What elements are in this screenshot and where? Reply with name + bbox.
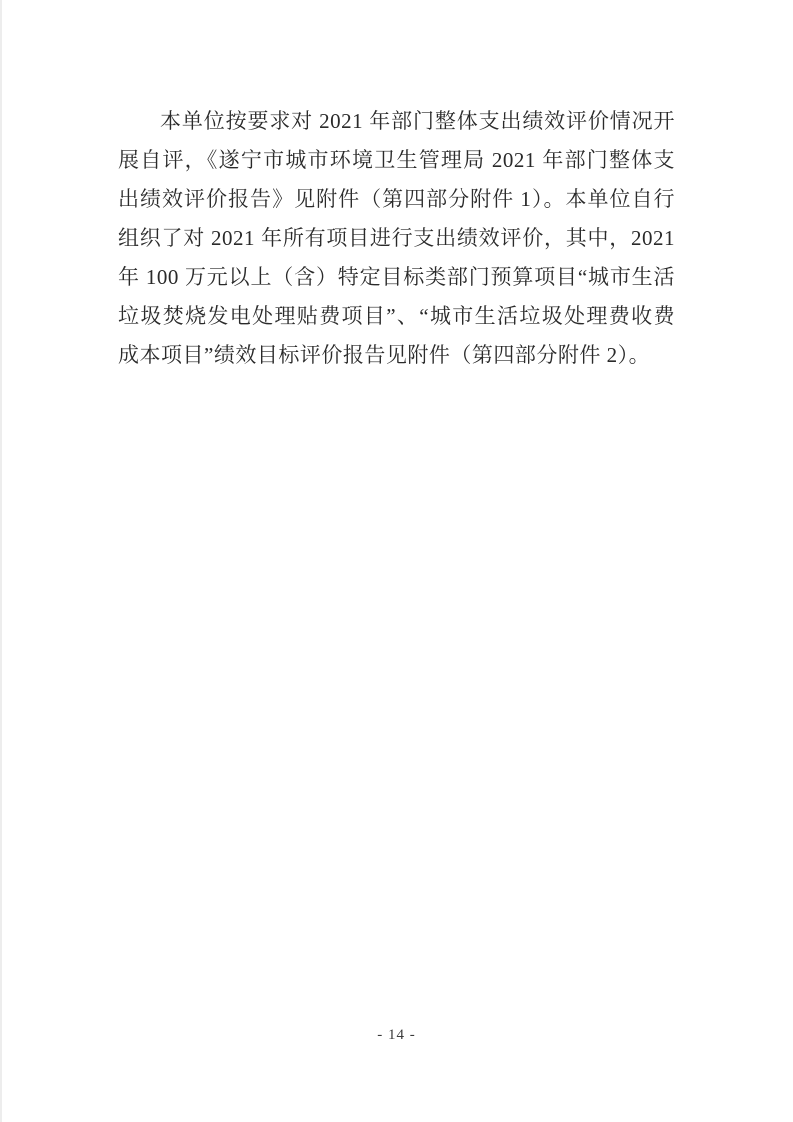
paragraph-line-2: 展自评，《遂宁市城市环境卫生管理局 2021 年部门整体支 [118,141,675,180]
paragraph-line-1: 本单位按要求对 2021 年部门整体支出绩效评价情况开 [118,102,675,141]
page-left-scan-edge [0,0,2,1122]
paragraph-line-4: 组织了对 2021 年所有项目进行支出绩效评价，其中，2021 [118,219,675,258]
paragraph-line-5: 年 100 万元以上（含）特定目标类部门预算项目“城市生活 [118,258,675,297]
body-paragraph: 本单位按要求对 2021 年部门整体支出绩效评价情况开 展自评，《遂宁市城市环境… [118,102,675,375]
paragraph-line-7: 成本项目”绩效目标评价报告见附件（第四部分附件 2）。 [118,336,675,375]
paragraph-line-3: 出绩效评价报告》见附件（第四部分附件 1）。本单位自行 [118,180,675,219]
paragraph-line-6: 垃圾焚烧发电处理贴费项目”、“城市生活垃圾处理费收费 [118,297,675,336]
document-page: 本单位按要求对 2021 年部门整体支出绩效评价情况开 展自评，《遂宁市城市环境… [0,0,793,1122]
page-number: - 14 - [0,1026,793,1044]
